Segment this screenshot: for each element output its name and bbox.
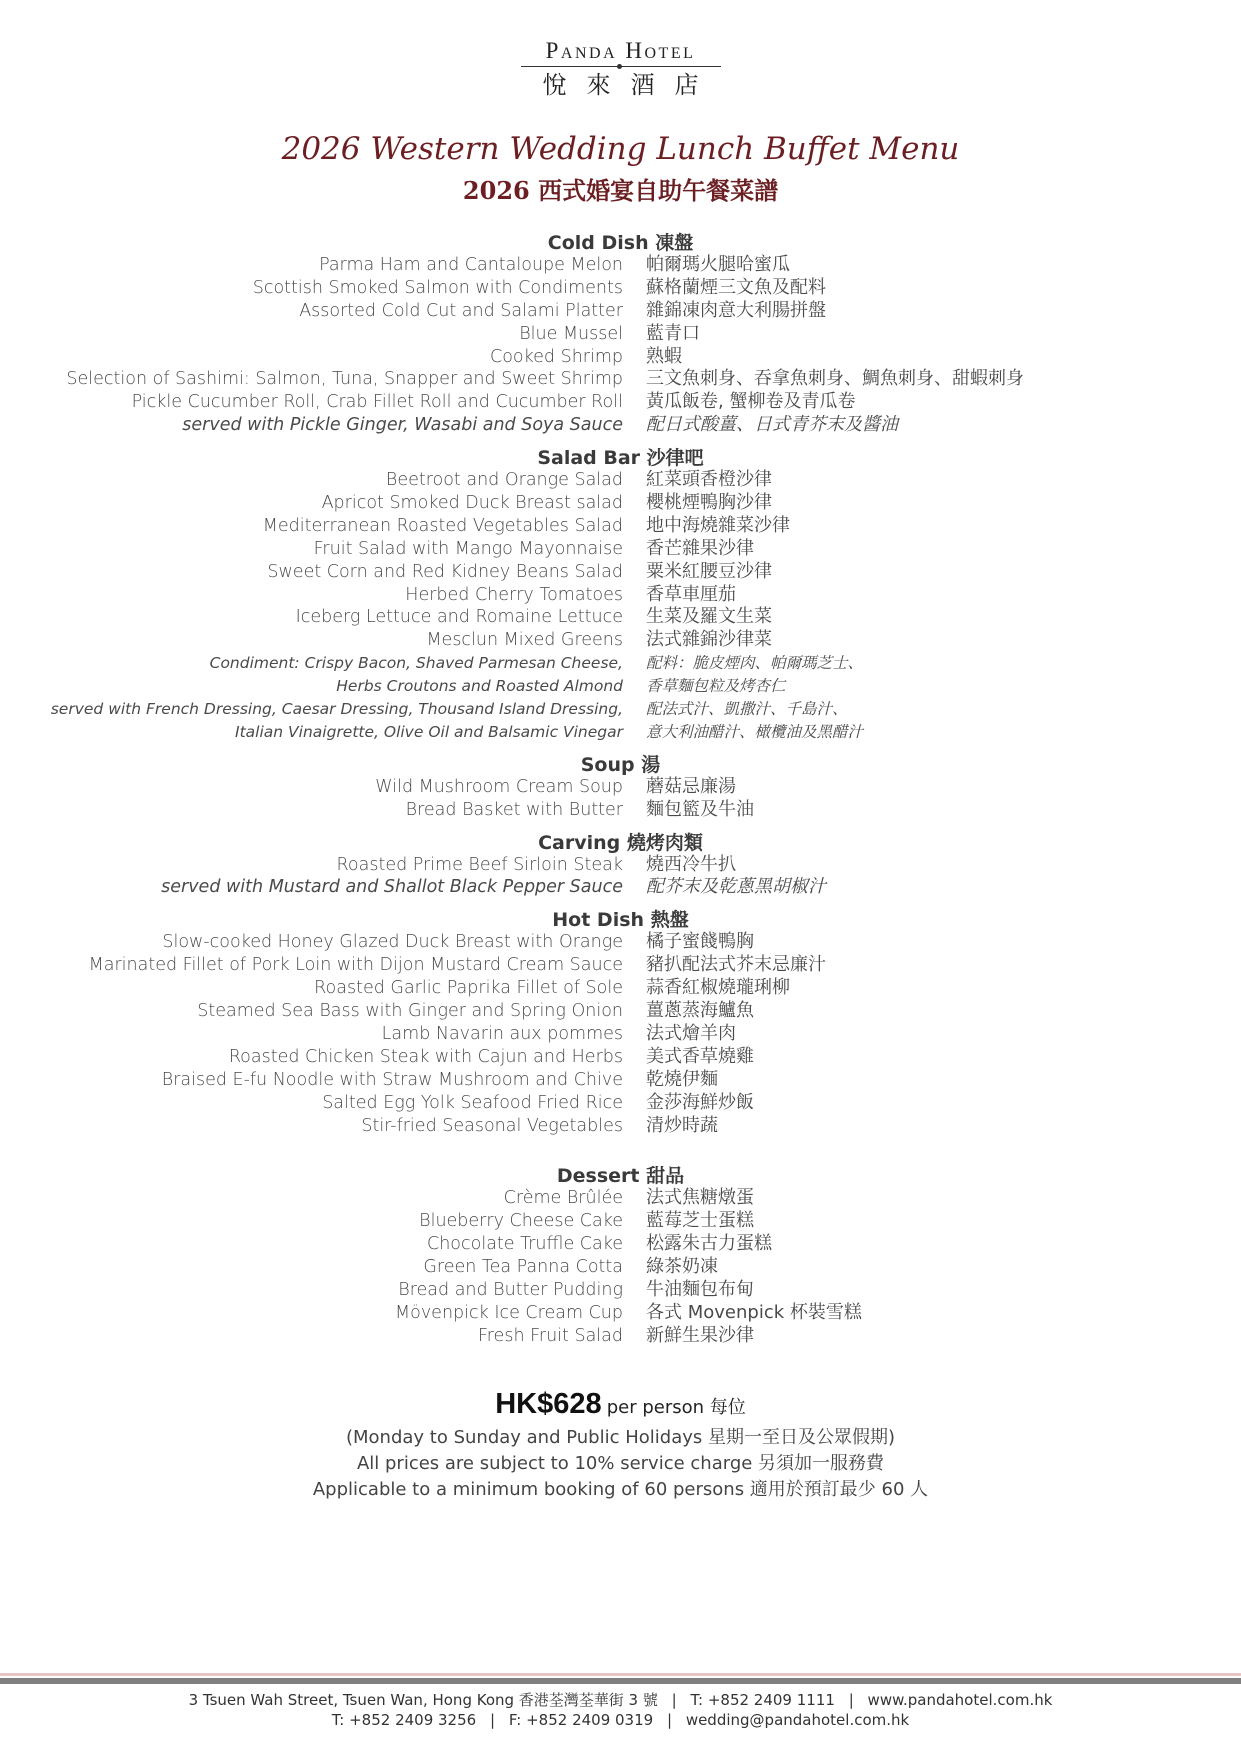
menu-item-en: Italian Vinaigrette, Olive Oil and Balsa… xyxy=(235,721,623,744)
section-heading: Dessert 甜品 xyxy=(0,1165,1241,1187)
price-service-charge-note: All prices are subject to 10% service ch… xyxy=(0,1451,1241,1477)
section-heading-zh: 凍盤 xyxy=(655,232,693,254)
section-heading: Hot Dish 熱盤 xyxy=(0,909,1241,931)
menu-item-zh: 藍青口 xyxy=(646,323,700,346)
footer-fax: F: +852 2409 0319 xyxy=(509,1711,653,1729)
menu-item-zh: 清炒時蔬 xyxy=(646,1115,718,1138)
menu-item-en: Condiment: Crispy Bacon, Shaved Parmesan… xyxy=(210,652,623,675)
menu-item: Mövenpick Ice Cream Cup各式 Movenpick 杯裝雪糕 xyxy=(0,1302,1241,1325)
footer-separator: | xyxy=(840,1691,863,1709)
menu-item-zh: 蘇格蘭煙三文魚及配料 xyxy=(646,277,826,300)
menu-item-en: Lamb Navarin aux pommes xyxy=(382,1023,623,1046)
section-heading-en: Hot Dish xyxy=(552,909,644,931)
menu-item: Pickle Cucumber Roll, Crab Fillet Roll a… xyxy=(0,391,1241,414)
menu-item: Beetroot and Orange Salad紅菜頭香橙沙律 xyxy=(0,469,1241,492)
menu-item-en: served with Mustard and Shallot Black Pe… xyxy=(161,876,623,899)
hotel-logo: Panda Hotel 悅來酒店 xyxy=(0,38,1241,100)
section-heading-zh: 熱盤 xyxy=(651,909,689,931)
menu-item: Green Tea Panna Cotta綠茶奶凍 xyxy=(0,1256,1241,1279)
section-heading-zh: 沙律吧 xyxy=(647,447,704,469)
menu-item-note: served with French Dressing, Caesar Dres… xyxy=(0,698,1241,721)
section-dessert: Dessert 甜品 Crème Brûlée法式焦糖燉蛋 Blueberry … xyxy=(0,1165,1241,1347)
footer-tel-main: T: +852 2409 1111 xyxy=(691,1691,835,1709)
section-heading-en: Salad Bar xyxy=(537,447,640,469)
menu-item: Selection of Sashimi: Salmon, Tuna, Snap… xyxy=(0,368,1241,391)
menu-item-en: Steamed Sea Bass with Ginger and Spring … xyxy=(197,1000,623,1023)
section-heading-zh: 湯 xyxy=(641,754,660,776)
menu-item-en: Fruit Salad with Mango Mayonnaise xyxy=(314,538,623,561)
menu-item-zh: 豬扒配法式芥末忌廉汁 xyxy=(646,954,826,977)
menu-item-en: Braised E-fu Noodle with Straw Mushroom … xyxy=(162,1069,623,1092)
menu-item-en: Scottish Smoked Salmon with Condiments xyxy=(253,277,623,300)
menu-item-zh: 帕爾瑪火腿哈蜜瓜 xyxy=(646,254,790,277)
menu-item-zh: 配芥末及乾蔥黑胡椒汁 xyxy=(646,876,826,899)
menu-item-zh: 櫻桃煙鴨胸沙律 xyxy=(646,492,772,515)
menu-item: Apricot Smoked Duck Breast salad櫻桃煙鴨胸沙律 xyxy=(0,492,1241,515)
section-salad-bar: Salad Bar 沙律吧 Beetroot and Orange Salad紅… xyxy=(0,447,1241,744)
menu-item-en: Herbed Cherry Tomatoes xyxy=(405,584,623,607)
menu-item-zh: 麵包籃及牛油 xyxy=(646,799,754,822)
menu-item-zh: 各式 Movenpick 杯裝雪糕 xyxy=(646,1302,862,1325)
menu-item: Roasted Prime Beef Sirloin Steak燒西冷牛扒 xyxy=(0,854,1241,877)
menu-item: Salted Egg Yolk Seafood Fried Rice金莎海鮮炒飯 xyxy=(0,1092,1241,1115)
menu-item-en: Herbs Croutons and Roasted Almond xyxy=(336,675,623,698)
menu-item: Parma Ham and Cantaloupe Melon帕爾瑪火腿哈蜜瓜 xyxy=(0,254,1241,277)
menu-item-en: Beetroot and Orange Salad xyxy=(386,469,623,492)
menu-item-zh: 三文魚刺身、吞拿魚刺身、鯛魚刺身、甜蝦刺身 xyxy=(646,368,1024,391)
section-carving: Carving 燒烤肉類 Roasted Prime Beef Sirloin … xyxy=(0,832,1241,900)
menu-item-zh: 意大利油醋汁、橄欖油及黑醋汁 xyxy=(646,721,863,744)
section-heading: Salad Bar 沙律吧 xyxy=(0,447,1241,469)
menu-item-zh: 黃瓜飯卷, 蟹柳卷及青瓜卷 xyxy=(646,391,855,414)
menu-item-en: Mediterranean Roasted Vegetables Salad xyxy=(263,515,623,538)
menu-item-en: Sweet Corn and Red Kidney Beans Salad xyxy=(267,561,623,584)
menu-item-en: Mövenpick Ice Cream Cup xyxy=(395,1302,623,1325)
footer-line-1: 3 Tsuen Wah Street, Tsuen Wan, Hong Kong… xyxy=(0,1690,1241,1710)
menu-item: Chocolate Truffle Cake松露朱古力蛋糕 xyxy=(0,1233,1241,1256)
price-unit: per person 每位 xyxy=(607,1397,746,1418)
section-soup: Soup 湯 Wild Mushroom Cream Soup蘑菇忌廉湯 Bre… xyxy=(0,754,1241,822)
menu-item: Marinated Fillet of Pork Loin with Dijon… xyxy=(0,954,1241,977)
menu-item-zh: 法式燴羊肉 xyxy=(646,1023,736,1046)
menu-item: Mediterranean Roasted Vegetables Salad地中… xyxy=(0,515,1241,538)
menu-item-zh: 配法式汁、凱撒汁、千島汁、 xyxy=(646,698,848,721)
menu-item-en: Stir-fried Seasonal Vegetables xyxy=(361,1115,623,1138)
menu-item-zh: 新鮮生果沙律 xyxy=(646,1325,754,1348)
menu-item: Steamed Sea Bass with Ginger and Spring … xyxy=(0,1000,1241,1023)
menu-item-en: Pickle Cucumber Roll, Crab Fillet Roll a… xyxy=(132,391,623,414)
menu-item-zh: 蒜香紅椒燒瓏琍柳 xyxy=(646,977,790,1000)
menu-item-zh: 香草車厘茄 xyxy=(646,584,736,607)
footer-rule-grey xyxy=(0,1678,1241,1684)
menu-item-en: Mesclun Mixed Greens xyxy=(426,629,623,652)
section-heading-zh: 燒烤肉類 xyxy=(627,832,703,854)
menu-item-en: Blue Mussel xyxy=(519,323,623,346)
menu-item-en: Chocolate Truffle Cake xyxy=(427,1233,623,1256)
menu-item: Blue Mussel藍青口 xyxy=(0,323,1241,346)
menu-item-en: Bread and Butter Pudding xyxy=(398,1279,623,1302)
menu-item: Mesclun Mixed Greens法式雜錦沙律菜 xyxy=(0,629,1241,652)
menu-item: Lamb Navarin aux pommes法式燴羊肉 xyxy=(0,1023,1241,1046)
price-main: HK$628 per person 每位 xyxy=(0,1387,1241,1425)
menu-item-en: served with Pickle Ginger, Wasabi and So… xyxy=(182,414,623,437)
section-heading-en: Cold Dish xyxy=(548,232,649,254)
menu-item-zh: 松露朱古力蛋糕 xyxy=(646,1233,772,1256)
menu-item-note: Condiment: Crispy Bacon, Shaved Parmesan… xyxy=(0,652,1241,675)
page-title-en: 2026 Western Wedding Lunch Buffet Menu xyxy=(0,130,1241,168)
menu-item-en: Bread Basket with Butter xyxy=(406,799,623,822)
price-minimum-booking-note: Applicable to a minimum booking of 60 pe… xyxy=(0,1477,1241,1503)
menu-item: Sweet Corn and Red Kidney Beans Salad粟米紅… xyxy=(0,561,1241,584)
price-days-note: (Monday to Sunday and Public Holidays 星期… xyxy=(0,1425,1241,1451)
menu-item-en: Cooked Shrimp xyxy=(490,346,623,369)
footer-rule-pink xyxy=(0,1673,1241,1676)
price-amount: HK$628 xyxy=(495,1388,601,1420)
menu-item-zh: 金莎海鮮炒飯 xyxy=(646,1092,754,1115)
menu-item-zh: 香芒雜果沙律 xyxy=(646,538,754,561)
menu-item: Iceberg Lettuce and Romaine Lettuce生菜及羅文… xyxy=(0,606,1241,629)
menu-item-zh: 美式香草燒雞 xyxy=(646,1046,754,1069)
menu-item-en: Slow-cooked Honey Glazed Duck Breast wit… xyxy=(162,931,623,954)
menu-item: Scottish Smoked Salmon with Condiments蘇格… xyxy=(0,277,1241,300)
section-heading-en: Dessert xyxy=(557,1165,640,1187)
menu-item-zh: 乾燒伊麵 xyxy=(646,1069,718,1092)
menu-item-zh: 法式焦糖燉蛋 xyxy=(646,1187,754,1210)
logo-wordmark-zh: 悅來酒店 xyxy=(0,70,1241,100)
footer-email-link[interactable]: wedding@pandahotel.com.hk xyxy=(686,1711,909,1729)
menu-item-zh: 雜錦凍肉意大利腸拼盤 xyxy=(646,300,826,323)
spacer xyxy=(0,1147,1241,1165)
menu-item: Bread and Butter Pudding牛油麵包布甸 xyxy=(0,1279,1241,1302)
menu-item: Fresh Fruit Salad新鮮生果沙律 xyxy=(0,1325,1241,1348)
logo-rule-divider xyxy=(521,66,721,67)
menu-item-zh: 蘑菇忌廉湯 xyxy=(646,776,736,799)
menu-item-zh: 地中海燒雜菜沙律 xyxy=(646,515,790,538)
menu-body: Cold Dish 凍盤 Parma Ham and Cantaloupe Me… xyxy=(0,232,1241,1358)
section-heading: Carving 燒烤肉類 xyxy=(0,832,1241,854)
pricing-block: HK$628 per person 每位 (Monday to Sunday a… xyxy=(0,1387,1241,1503)
logo-dot-icon xyxy=(617,64,622,69)
menu-item-note: served with Pickle Ginger, Wasabi and So… xyxy=(0,414,1241,437)
menu-item-note: served with Mustard and Shallot Black Pe… xyxy=(0,876,1241,899)
menu-item-zh: 生菜及羅文生菜 xyxy=(646,606,772,629)
logo-wordmark-en: Panda Hotel xyxy=(0,38,1241,64)
footer-line-2: T: +852 2409 3256 | F: +852 2409 0319 | … xyxy=(0,1710,1241,1730)
menu-item-en: Crème Brûlée xyxy=(504,1187,623,1210)
menu-item-en: Assorted Cold Cut and Salami Platter xyxy=(299,300,623,323)
menu-item-en: served with French Dressing, Caesar Dres… xyxy=(51,698,623,721)
menu-item-en: Roasted Chicken Steak with Cajun and Her… xyxy=(229,1046,623,1069)
menu-item-en: Blueberry Cheese Cake xyxy=(419,1210,623,1233)
menu-item-zh: 綠茶奶凍 xyxy=(646,1256,718,1279)
menu-item-en: Parma Ham and Cantaloupe Melon xyxy=(319,254,623,277)
menu-item: Fruit Salad with Mango Mayonnaise香芒雜果沙律 xyxy=(0,538,1241,561)
section-heading-en: Carving xyxy=(538,832,620,854)
footer-tel-wedding: T: +852 2409 3256 xyxy=(332,1711,476,1729)
menu-item-zh: 熟蝦 xyxy=(646,346,682,369)
menu-item-en: Marinated Fillet of Pork Loin with Dijon… xyxy=(89,954,623,977)
menu-item-en: Wild Mushroom Cream Soup xyxy=(375,776,623,799)
menu-item: Bread Basket with Butter麵包籃及牛油 xyxy=(0,799,1241,822)
menu-item: Roasted Garlic Paprika Fillet of Sole蒜香紅… xyxy=(0,977,1241,1000)
section-heading-zh: 甜品 xyxy=(646,1165,684,1187)
menu-item-en: Salted Egg Yolk Seafood Fried Rice xyxy=(322,1092,623,1115)
menu-item-zh: 紅菜頭香橙沙律 xyxy=(646,469,772,492)
footer-website-link[interactable]: www.pandahotel.com.hk xyxy=(868,1691,1053,1709)
menu-item: Slow-cooked Honey Glazed Duck Breast wit… xyxy=(0,931,1241,954)
menu-item: Braised E-fu Noodle with Straw Mushroom … xyxy=(0,1069,1241,1092)
section-heading: Cold Dish 凍盤 xyxy=(0,232,1241,254)
menu-item-zh: 配料：脆皮煙肉、帕爾瑪芝士、 xyxy=(646,652,863,675)
footer-address: 3 Tsuen Wah Street, Tsuen Wan, Hong Kong… xyxy=(189,1691,658,1709)
menu-item-en: Iceberg Lettuce and Romaine Lettuce xyxy=(296,606,623,629)
menu-item: Blueberry Cheese Cake藍莓芝士蛋糕 xyxy=(0,1210,1241,1233)
menu-item-en: Selection of Sashimi: Salmon, Tuna, Snap… xyxy=(66,368,623,391)
page-title-zh: 2026 西式婚宴自助午餐菜譜 xyxy=(0,176,1241,206)
menu-item: Crème Brûlée法式焦糖燉蛋 xyxy=(0,1187,1241,1210)
footer-contact: 3 Tsuen Wah Street, Tsuen Wan, Hong Kong… xyxy=(0,1690,1241,1730)
menu-item-en: Fresh Fruit Salad xyxy=(478,1325,623,1348)
menu-item-note: Herbs Croutons and Roasted Almond香草麵包粒及烤… xyxy=(0,675,1241,698)
menu-item: Stir-fried Seasonal Vegetables清炒時蔬 xyxy=(0,1115,1241,1138)
section-hot-dish: Hot Dish 熱盤 Slow-cooked Honey Glazed Duc… xyxy=(0,909,1241,1137)
menu-item-en: Green Tea Panna Cotta xyxy=(423,1256,623,1279)
menu-item-zh: 牛油麵包布甸 xyxy=(646,1279,754,1302)
section-cold-dish: Cold Dish 凍盤 Parma Ham and Cantaloupe Me… xyxy=(0,232,1241,437)
menu-item-note: Italian Vinaigrette, Olive Oil and Balsa… xyxy=(0,721,1241,744)
menu-item-zh: 香草麵包粒及烤杏仁 xyxy=(646,675,786,698)
section-heading: Soup 湯 xyxy=(0,754,1241,776)
footer-separator: | xyxy=(658,1711,681,1729)
menu-item: Roasted Chicken Steak with Cajun and Her… xyxy=(0,1046,1241,1069)
menu-item-zh: 薑蔥蒸海鱸魚 xyxy=(646,1000,754,1023)
menu-item-en: Roasted Garlic Paprika Fillet of Sole xyxy=(314,977,623,1000)
menu-item-zh: 粟米紅腰豆沙律 xyxy=(646,561,772,584)
menu-item-en: Roasted Prime Beef Sirloin Steak xyxy=(337,854,623,877)
menu-item-zh: 配日式酸薑、日式青芥末及醬油 xyxy=(646,414,898,437)
section-heading-en: Soup xyxy=(581,754,635,776)
menu-item-en: Apricot Smoked Duck Breast salad xyxy=(322,492,623,515)
menu-item-zh: 燒西冷牛扒 xyxy=(646,854,736,877)
menu-item: Assorted Cold Cut and Salami Platter雜錦凍肉… xyxy=(0,300,1241,323)
menu-item-zh: 法式雜錦沙律菜 xyxy=(646,629,772,652)
menu-item: Cooked Shrimp熟蝦 xyxy=(0,346,1241,369)
menu-item: Wild Mushroom Cream Soup蘑菇忌廉湯 xyxy=(0,776,1241,799)
footer-separator: | xyxy=(481,1711,504,1729)
menu-item: Herbed Cherry Tomatoes香草車厘茄 xyxy=(0,584,1241,607)
menu-item-zh: 藍莓芝士蛋糕 xyxy=(646,1210,754,1233)
footer-separator: | xyxy=(663,1691,686,1709)
menu-item-zh: 橘子蜜餞鴨胸 xyxy=(646,931,754,954)
